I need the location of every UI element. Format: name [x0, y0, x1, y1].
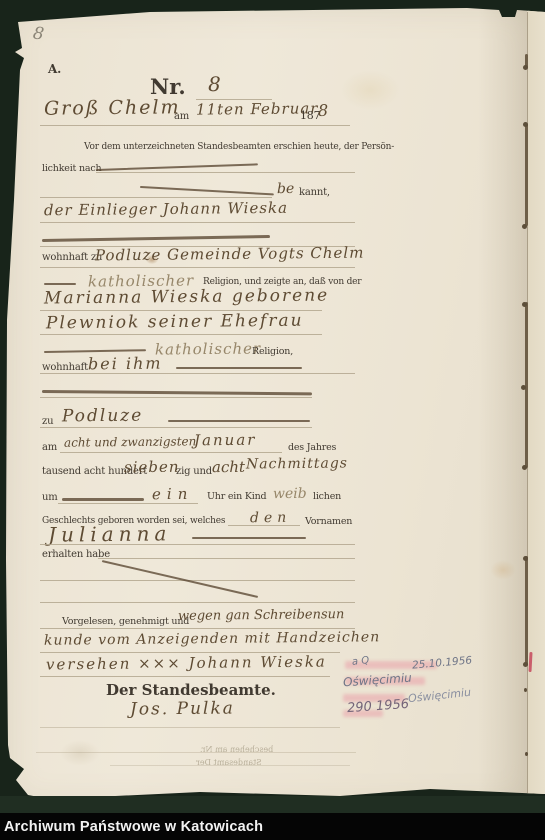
adjacent-page-edge: [528, 0, 545, 812]
ruled-line: [40, 628, 355, 629]
thread-knot: [524, 688, 527, 692]
thread-knot: [523, 556, 528, 561]
pen-stroke: [62, 498, 144, 501]
pen-stroke: [44, 349, 146, 353]
gender-printed: lichen: [313, 491, 341, 502]
known-printed: kannt,: [299, 187, 330, 198]
birthdate-year-label: des Jahres: [288, 442, 336, 453]
residence2-value-handwritten: bei ihm: [88, 354, 163, 374]
binding-thread: [525, 556, 528, 666]
thread-knot: [522, 465, 527, 470]
birthtime-hour-handwritten: ein: [152, 485, 194, 503]
ruled-line: [40, 427, 312, 428]
folio-number-pencil: 8: [32, 23, 46, 44]
ruled-line: [40, 267, 355, 268]
ruled-line: [40, 125, 350, 126]
paper-stain: [340, 70, 400, 110]
childline-vornamen-printed: Vornamen: [305, 516, 352, 527]
thread-knot: [521, 385, 526, 390]
archive-caption-bar: Archiwum Państwowe w Katowicach: [0, 813, 545, 840]
year-digit-handwritten: 8: [318, 101, 328, 120]
residence-value-handwritten: Podluze Gemeinde Vogts Chelm: [95, 244, 365, 265]
pen-stroke: [96, 163, 258, 171]
pen-stroke: [192, 537, 306, 539]
pen-stroke: [44, 283, 76, 285]
birthtime-printed: Uhr ein Kind: [207, 491, 266, 502]
thread-knot: [523, 662, 528, 667]
ruled-line: [98, 558, 355, 559]
ruled-line: [40, 222, 355, 223]
closing-hw2: kunde vom Anzeigenden mit Handzeichen: [44, 629, 380, 649]
pen-stroke: [42, 235, 270, 241]
birthplace-value-handwritten: Podluze: [62, 406, 143, 427]
paper-stain: [60, 740, 100, 766]
daytime-handwritten: Nachmittags: [246, 455, 348, 472]
birthdate-day-handwritten: acht und zwanzigsten: [64, 434, 196, 449]
gutter-shadow: [478, 0, 527, 812]
scan-background-strip: [0, 796, 545, 813]
registrar-signature: Jos. Pulka: [130, 698, 235, 719]
ruled-line: [36, 752, 356, 753]
mother-line1-handwritten: Marianna Wieska geborene: [44, 286, 329, 309]
birthdate-am-label: am: [42, 442, 57, 453]
ruled-line: [228, 525, 300, 526]
birthplace-label: zu: [42, 416, 53, 427]
thread-knot: [523, 122, 528, 127]
ruled-line: [40, 580, 355, 581]
thread-knot: [522, 224, 527, 229]
date-note-handwritten: 25.10.1956: [412, 654, 473, 671]
registrar-title: Der Standesbeamte.: [106, 681, 276, 699]
number-note-handwritten: 290 1956: [347, 697, 410, 716]
year-words-printed2: zig und: [176, 466, 212, 477]
year-words-hw2: acht: [212, 458, 245, 476]
ruled-line: [96, 172, 355, 173]
pen-stroke: [176, 367, 302, 369]
declarant-handwritten: der Einlieger Johann Wieska: [44, 199, 288, 220]
religion2-handwritten: katholischer: [155, 339, 261, 358]
mother-line2-handwritten: Plewniok seiner Ehefrau: [46, 311, 304, 334]
childline-den-handwritten: den: [250, 510, 291, 526]
ruled-line: [40, 373, 355, 374]
pen-stroke: [168, 420, 310, 422]
ruled-line: [40, 602, 355, 603]
paper-sheet: 8 A. Nr. 8 Groß Chelm am 11ten Februar 1…: [0, 0, 545, 812]
scanned-register-page: 8 A. Nr. 8 Groß Chelm am 11ten Februar 1…: [0, 0, 545, 840]
closing-hw3: versehen ××× Johann Wieska: [46, 653, 327, 674]
pen-stroke: [140, 186, 274, 195]
pen-stroke: [102, 560, 258, 598]
gender-handwritten: weib: [273, 486, 307, 502]
ruled-line: [40, 544, 355, 545]
binding-thread: [525, 124, 528, 226]
ruled-line: [60, 452, 282, 453]
known-prefix-handwritten: be: [277, 181, 294, 197]
place-note-handwritten-1: Oświęcimiu: [343, 671, 413, 690]
closing-printed: Vorgelesen, genehmigt und: [62, 616, 189, 627]
place-note-handwritten-2: Oświęcimiu: [407, 686, 471, 706]
child-name-handwritten: Julianna: [48, 521, 172, 546]
residence-label: wohnhaft zu: [42, 252, 102, 263]
pen-stroke: [42, 390, 312, 395]
section-letter: A.: [48, 62, 61, 76]
year-words-hw1: sieben: [124, 458, 180, 477]
birthdate-month-handwritten: Januar: [194, 431, 257, 450]
thread-knot: [522, 302, 527, 307]
thread-knot: [523, 65, 528, 70]
intro-line-1: Vor dem unterzeichneten Standesbeamten e…: [84, 142, 394, 152]
archive-caption-text: Archiwum Państwowe w Katowicach: [4, 819, 263, 835]
ruled-line: [110, 765, 350, 766]
ruled-line: [40, 397, 312, 398]
record-number-value: 8: [208, 72, 221, 96]
am-label: am: [174, 111, 189, 122]
place-handwritten: Groß Chelm: [44, 96, 181, 119]
stray-pencil-marks: a Q: [351, 655, 369, 668]
residence2-label: wohnhaft: [42, 362, 88, 373]
ruled-line: [40, 676, 330, 677]
birthtime-um-label: um: [42, 492, 58, 503]
intro-line-2: lichkeit nach: [42, 163, 101, 174]
ruled-line: [40, 197, 272, 198]
thread-knot: [525, 752, 528, 756]
ruled-line: [58, 503, 198, 504]
ruled-line: [40, 334, 322, 335]
record-number-label: Nr.: [150, 74, 186, 99]
closing-hw1: wegen gan Schreibensun: [178, 607, 345, 624]
religion2-printed: Religion,: [252, 346, 293, 357]
ruled-line: [40, 727, 340, 728]
